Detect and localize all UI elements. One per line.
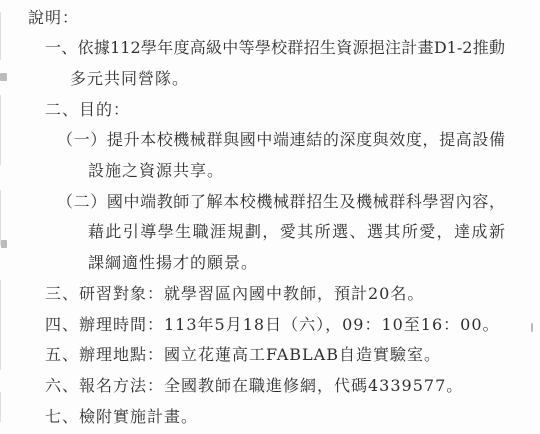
document-line: （一）提升本校機械群與國中端連結的深度與效度，提高設備	[57, 124, 505, 155]
scan-artifact	[1, 240, 7, 248]
document-line: 四、辦理時間：113年5月18日（六），09：10至16：00。	[45, 309, 500, 340]
document-line: 六、報名方法：全國教師在職進修網，代碼4339577。	[45, 370, 463, 401]
scan-artifact	[0, 73, 7, 81]
document-line: 一、依據112學年度高級中等學校群招生資源挹注計畫D1-2推動	[45, 32, 505, 63]
document-line: 五、辦理地點：國立花蓮高工FABLAB自造實驗室。	[45, 339, 441, 370]
scan-edge-noise	[0, 280, 1, 370]
document-line: 三、研習對象：就學習區內國中教師，預計20名。	[45, 278, 424, 309]
scan-edge-noise	[0, 392, 1, 422]
document-line: 多元共同營隊。	[70, 63, 189, 94]
document-line: 藉此引導學生職涯規劃，愛其所選、選其所愛，達成新	[88, 216, 505, 247]
scan-edge-noise	[0, 190, 1, 245]
document-line: 七、檢附實施計畫。	[45, 401, 198, 432]
scan-edge-noise	[0, 95, 1, 165]
scan-artifact	[531, 323, 533, 332]
scanned-document: 說明： 一、依據112學年度高級中等學校群招生資源挹注計畫D1-2推動多元共同營…	[0, 0, 540, 434]
scan-edge-noise	[0, 12, 1, 60]
document-line: （二）國中端教師了解本校機械群招生及機械群科學習內容，	[57, 186, 505, 217]
document-line: 二、目的：	[45, 94, 130, 125]
document-heading: 說明：	[28, 2, 79, 33]
document-line: 課綱適性揚才的願景。	[88, 247, 258, 278]
document-line: 設施之資源共享。	[88, 155, 224, 186]
